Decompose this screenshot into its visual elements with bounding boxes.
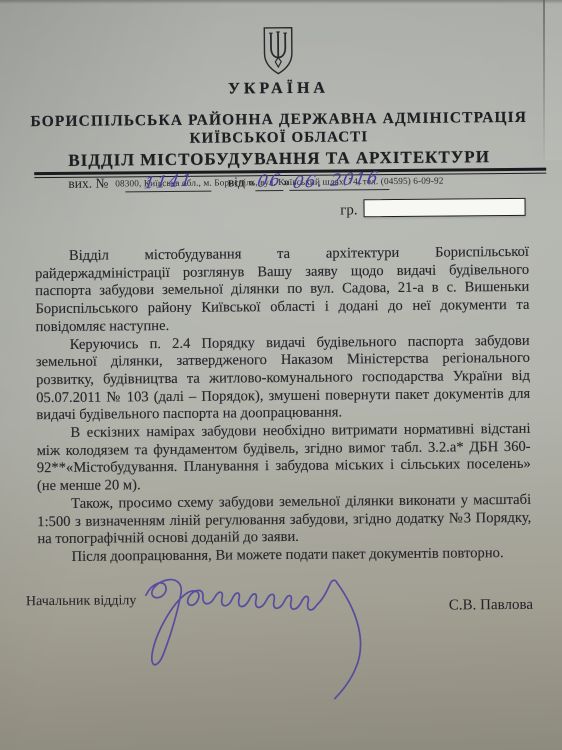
date-from-label: від «	[228, 174, 255, 189]
date-handwritten: 06. 2016	[292, 170, 381, 192]
country-name: УКРАЇНА	[0, 78, 560, 101]
letterhead: УКРАЇНА БОРИСПІЛЬСЬКА РАЙОННА ДЕРЖАВНА А…	[0, 0, 560, 190]
addressee-label: гр.	[340, 202, 358, 218]
paper-sheet: УКРАЇНА БОРИСПІЛЬСЬКА РАЙОННА ДЕРЖАВНА А…	[0, 0, 562, 750]
paragraph: Також, просимо схему забудови земельної …	[37, 492, 531, 549]
date-underline: 06. 2016	[290, 172, 390, 191]
signatory-name: С.В. Павлова	[449, 597, 533, 615]
tryzub-coat-of-arms-icon	[260, 26, 296, 76]
date-day-handwritten: 06	[256, 172, 283, 190]
paragraph: Відділ містобудування та архітектури Бор…	[35, 244, 530, 337]
paper-edge-line	[543, 0, 545, 165]
addressee-line: гр.	[340, 198, 526, 220]
organization-name-line2: КИЇВСЬКОЇ ОБЛАСТІ	[0, 128, 560, 150]
signature-handwriting-icon	[136, 559, 427, 712]
paragraph: В ескізних намірах забудови необхідно ви…	[36, 421, 531, 496]
outgoing-reference-line: вих. № 1141 від «06»06. 2016	[68, 172, 390, 193]
photo-top-shadow	[0, 0, 562, 4]
paper-edge-background	[545, 0, 562, 160]
letter-body: Відділ містобудування та архітектури Бор…	[35, 244, 532, 567]
paragraph: Керуючись п. 2.4 Порядку видачі будівель…	[36, 332, 531, 425]
outgoing-number-underline: 1141	[125, 174, 211, 193]
outgoing-number-label: вих. №	[68, 176, 108, 191]
redacted-name-box	[363, 198, 525, 217]
signatory-position: Начальник відділу	[26, 593, 137, 610]
date-day-underline: 06	[255, 173, 283, 191]
document-photo: УКРАЇНА БОРИСПІЛЬСЬКА РАЙОННА ДЕРЖАВНА А…	[0, 0, 562, 750]
outgoing-number-handwritten: 1141	[143, 173, 194, 192]
